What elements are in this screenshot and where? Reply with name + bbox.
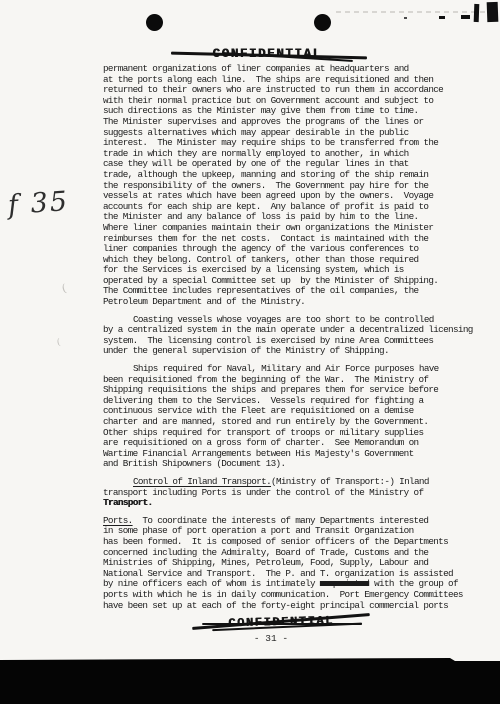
pencil-mark: ( [56, 338, 61, 348]
ports-heading: Ports. [103, 515, 133, 526]
hole-punch-icon [146, 14, 163, 31]
inland-transport-heading: Control of Inland Transport. [133, 476, 271, 487]
page-number: - 31 - [240, 633, 302, 644]
paragraph-liner-companies: permanent organizations of liner compani… [103, 64, 487, 308]
scan-artifact [404, 17, 407, 19]
inland-transport-bold-word: Transport. [103, 497, 152, 508]
scan-artifact [336, 11, 496, 13]
paragraph-coasting-vessels: Coasting vessels whose voyages are too s… [103, 315, 487, 357]
paragraph-inland-transport: Control of Inland Transport.(Ministry of… [103, 477, 487, 509]
pencil-mark: ( [60, 282, 67, 296]
classification-stamp-top: CONFIDENTIAL [183, 47, 351, 61]
scan-artifact [487, 2, 499, 22]
document-body: permanent organizations of liner compani… [103, 64, 487, 611]
scan-artifact [439, 16, 445, 19]
scanned-document-page: CONFIDENTIAL f 35 ( ( permanent organiza… [0, 0, 500, 704]
scan-edge-black-band [0, 658, 500, 704]
struck-out-word: acquainted [320, 578, 369, 589]
scan-artifact [474, 4, 480, 22]
handwritten-margin-note: f 35 [7, 186, 70, 221]
classification-stamp-bottom: CONFIDENTIAL [206, 613, 356, 631]
paragraph-ports: Ports. To coordinate the interests of ma… [103, 516, 487, 611]
scan-artifact [461, 15, 470, 19]
hole-punch-icon [314, 14, 331, 31]
paragraph-requisitioned-ships: Ships required for Naval, Military and A… [103, 364, 487, 470]
